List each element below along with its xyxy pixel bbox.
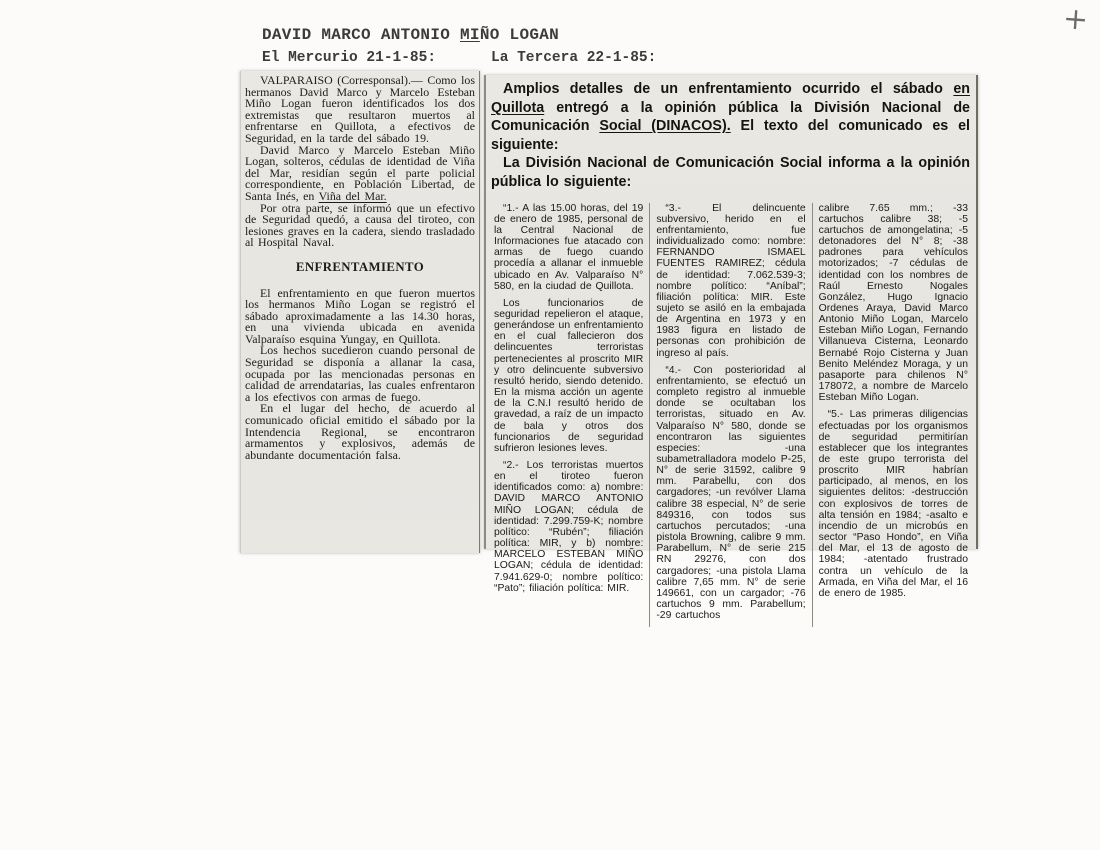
column-3-point-5: “5.- Las primeras diligencias efectuadas… [819, 409, 968, 599]
column-2-point-3: “3.- El delincuente subversivo, herido e… [656, 203, 805, 359]
mercurio-paragraph-2: David Marco y Marcelo Esteban Miño Logan… [245, 145, 475, 203]
la-tercera-clipping: Amplios detalles de un enfrentamiento oc… [484, 75, 978, 549]
source-label-la-tercera: La Tercera 22-1-85: [491, 50, 656, 66]
mercurio-paragraph-1: VALPARAISO (Corresponsal).— Como los her… [245, 75, 475, 145]
column-2-point-4: “4.- Con posterioridad al enfrentamiento… [656, 365, 805, 622]
typed-subject-name-underlined: MI [460, 26, 480, 44]
column-1-paragraph-2: Los funcionarios de seguridad repelieron… [494, 298, 643, 454]
lead-1-pre: Amplios detalles de un enfrentamiento oc… [503, 81, 953, 97]
typed-subject-name: DAVID MARCO ANTONIO MIÑO LOGAN [262, 26, 559, 44]
typed-subject-name-pre: DAVID MARCO ANTONIO [262, 26, 460, 44]
communique-lead: Amplios detalles de un enfrentamiento oc… [486, 75, 976, 196]
column-1-point-2: “2.- Los terroristas muertos en el tirot… [494, 460, 643, 594]
lead-paragraph-1: Amplios detalles de un enfrentamiento oc… [491, 80, 970, 154]
communique-column-2: “3.- El delincuente subversivo, herido e… [649, 203, 811, 628]
communique-columns: “1.- A las 15.00 horas, del 19 de enero … [486, 196, 976, 628]
typed-subject-name-post: ÑO LOGAN [480, 26, 559, 44]
communique-column-3: calibre 7.65 mm.; -33 cartuchos calibre … [812, 203, 974, 628]
mercurio-paragraph-3: Por otra parte, se informó que un efecti… [245, 203, 475, 249]
el-mercurio-clipping: VALPARAISO (Corresponsal).— Como los her… [240, 71, 480, 553]
mercurio-subheading: ENFRENTAMIENTO [245, 262, 475, 274]
lead-1-underlined-dinacos: Social (DINACOS). [599, 118, 730, 134]
mercurio-paragraph-4: El enfrentamiento en que fueron muertos … [245, 288, 475, 346]
column-1-point-1: “1.- A las 15.00 horas, del 19 de enero … [494, 203, 643, 292]
mercurio-paragraph-6: En el lugar del hecho, de acuerdo al com… [245, 403, 475, 461]
lead-paragraph-2: La División Nacional de Comunicación Soc… [491, 154, 970, 191]
source-label-el-mercurio: El Mercurio 21-1-85: [262, 50, 436, 66]
plus-mark-icon: + [1062, 1, 1090, 38]
column-3-continuation: calibre 7.65 mm.; -33 cartuchos calibre … [819, 203, 968, 404]
scanned-press-clippings-page: + DAVID MARCO ANTONIO MIÑO LOGAN El Merc… [0, 0, 1100, 850]
communique-column-1: “1.- A las 15.00 horas, del 19 de enero … [488, 203, 649, 628]
mercurio-paragraph-5: Los hechos sucedieron cuando personal de… [245, 345, 475, 403]
